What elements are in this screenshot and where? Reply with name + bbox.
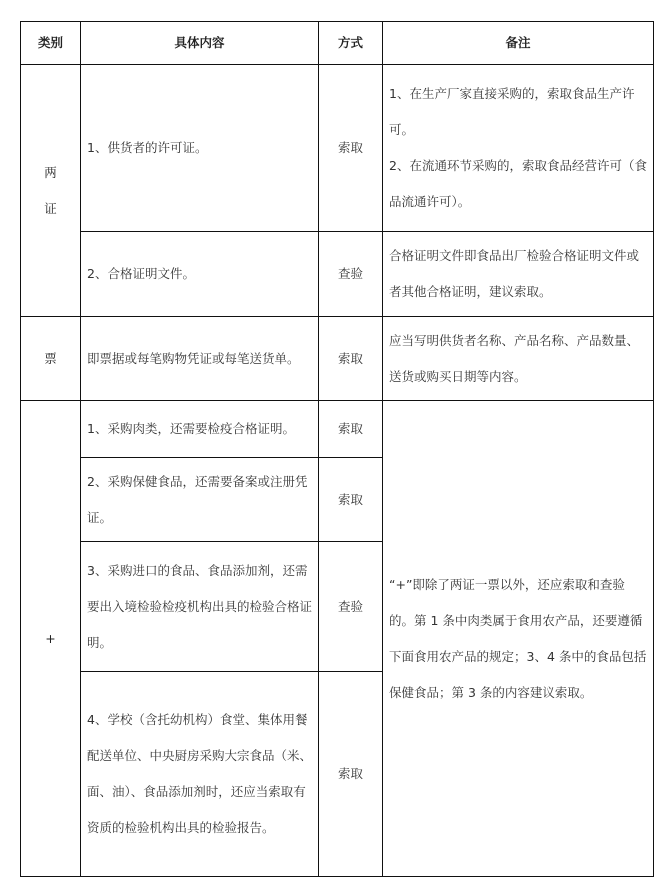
category-two-certificates: 两 证 (21, 65, 81, 317)
table-row: 两 证 1、供货者的许可证。 索取 1、在生产厂家直接采购的，索取食品生产许可。… (21, 65, 654, 232)
category-char: 两 (27, 155, 74, 191)
note-line: 1、在生产厂家直接采购的，索取食品生产许可。 (389, 76, 647, 148)
table-row: 2、合格证明文件。 查验 合格证明文件即食品出厂检验合格证明文件或者其他合格证明… (21, 232, 654, 317)
method-cell: 索取 (319, 65, 383, 232)
header-method: 方式 (319, 22, 383, 65)
method-cell: 查验 (319, 542, 383, 672)
category-char: 证 (27, 191, 74, 227)
method-cell: 索取 (319, 401, 383, 458)
note-cell: “+”即除了两证一票以外，还应索取和查验的。第 1 条中肉类属于食用农产品，还要… (383, 401, 654, 877)
note-cell: 应当写明供货者名称、产品名称、产品数量、送货或购买日期等内容。 (383, 317, 654, 401)
header-content: 具体内容 (81, 22, 319, 65)
category-plus: + (21, 401, 81, 877)
method-cell: 索取 (319, 458, 383, 542)
content-cell: 即票据或每笔购物凭证或每笔送货单。 (81, 317, 319, 401)
note-cell: 合格证明文件即食品出厂检验合格证明文件或者其他合格证明，建议索取。 (383, 232, 654, 317)
category-invoice: 票 (21, 317, 81, 401)
header-note: 备注 (383, 22, 654, 65)
note-cell: 1、在生产厂家直接采购的，索取食品生产许可。 2、在流通环节采购的，索取食品经营… (383, 65, 654, 232)
content-cell: 4、学校（含托幼机构）食堂、集体用餐配送单位、中央厨房采购大宗食品（米、面、油）… (81, 672, 319, 877)
header-row: 类别 具体内容 方式 备注 (21, 22, 654, 65)
content-cell: 2、合格证明文件。 (81, 232, 319, 317)
procurement-documents-table: 类别 具体内容 方式 备注 两 证 1、供货者的许可证。 索取 1、在生产厂家直… (20, 21, 654, 877)
header-category: 类别 (21, 22, 81, 65)
method-cell: 索取 (319, 317, 383, 401)
content-cell: 1、供货者的许可证。 (81, 65, 319, 232)
note-line: 2、在流通环节采购的，索取食品经营许可（食品流通许可）。 (389, 148, 647, 220)
method-cell: 查验 (319, 232, 383, 317)
table-row: + 1、采购肉类，还需要检疫合格证明。 索取 “+”即除了两证一票以外，还应索取… (21, 401, 654, 458)
method-cell: 索取 (319, 672, 383, 877)
table-row: 票 即票据或每笔购物凭证或每笔送货单。 索取 应当写明供货者名称、产品名称、产品… (21, 317, 654, 401)
content-cell: 1、采购肉类，还需要检疫合格证明。 (81, 401, 319, 458)
content-cell: 3、采购进口的食品、食品添加剂，还需要出入境检验检疫机构出具的检验合格证明。 (81, 542, 319, 672)
content-cell: 2、采购保健食品，还需要备案或注册凭证。 (81, 458, 319, 542)
